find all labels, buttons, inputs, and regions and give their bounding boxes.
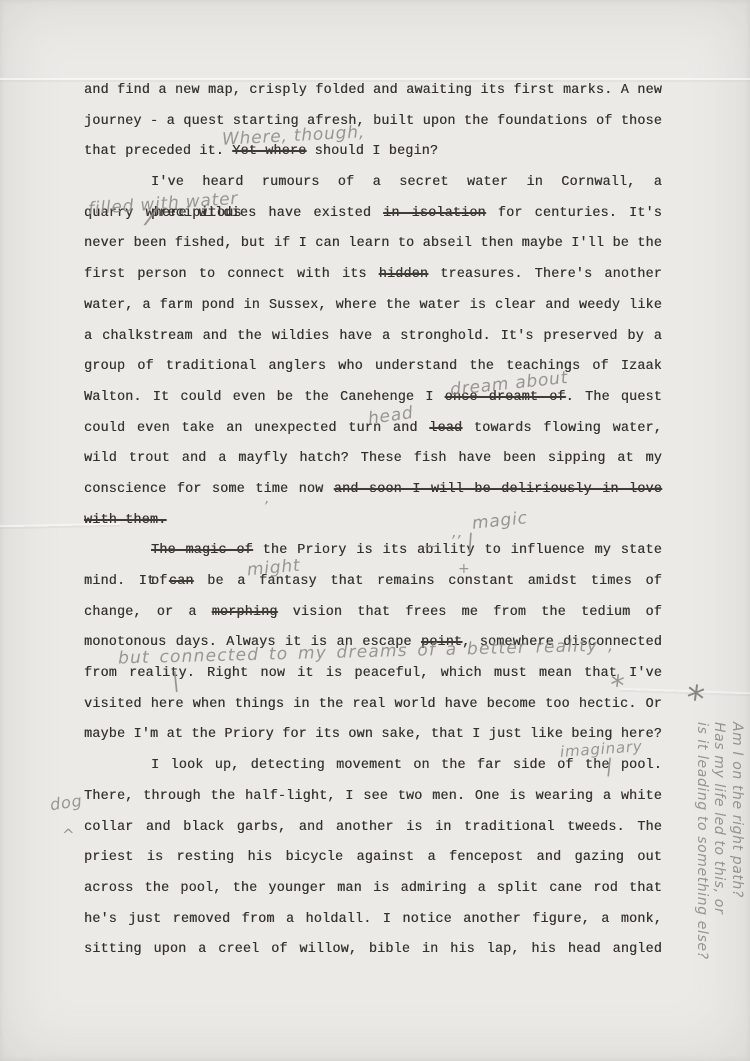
typed-line: collar and black garbs, and another is i… xyxy=(84,813,662,844)
struck-text: point xyxy=(421,635,462,650)
struck-text: hidden xyxy=(379,267,428,282)
margin-note: Am I on the right path?Has my life led t… xyxy=(693,722,746,980)
typed-line: and find a new map, crisply folded and a… xyxy=(84,76,662,107)
typed-text: maybe I'm at the Priory for its own sake… xyxy=(84,727,662,742)
typed-text: I look up, detecting movement on the far… xyxy=(151,758,662,773)
struck-text: lead xyxy=(429,421,462,436)
typed-line: never been fished, but if I can learn to… xyxy=(84,229,662,260)
typed-text: group of traditional anglers who underst… xyxy=(84,359,662,374)
typed-text: water, a farm pond in Sussex, where the … xyxy=(84,298,662,313)
typed-text: vision that frees me from the tedium of xyxy=(278,605,662,620)
typed-text: monotonous days. Always it is an escape xyxy=(84,635,421,650)
struck-text: morphing xyxy=(212,605,278,620)
typed-text: mind. It xyxy=(84,574,169,589)
typed-text: Walton. It could even be the Canehenge I xyxy=(84,390,445,405)
struck-text: and soon I will be deliriously in love xyxy=(334,482,662,497)
annotation-insert-dog: dog xyxy=(49,793,83,813)
typed-line: first person to connect with its hidden … xyxy=(84,260,662,291)
typed-text: priest is resting his bicycle against a … xyxy=(84,850,662,865)
typed-line: wild trout and a mayfly hatch? These fis… xyxy=(84,444,662,475)
struck-text: once dreamt of xyxy=(445,390,566,405)
typed-text: first person to connect with its xyxy=(84,267,379,282)
typed-text: towards flowing water, xyxy=(462,421,662,436)
typed-text: treasures. There's another xyxy=(428,267,662,282)
typed-line: across the pool, the younger man is admi… xyxy=(84,874,662,905)
typed-line: sitting upon a creel of willow, bible in… xyxy=(84,935,662,966)
typed-text: collar and black garbs, and another is i… xyxy=(84,820,662,835)
typed-line: with them. xyxy=(84,506,662,537)
typed-line: There, through the half-light, I see two… xyxy=(84,782,662,813)
margin-note-line: Am I on the right path? xyxy=(728,722,746,980)
typed-text: across the pool, the younger man is admi… xyxy=(84,881,662,896)
typed-text: should I begin? xyxy=(306,144,438,159)
typed-text: conscience for some time now xyxy=(84,482,334,497)
typed-text: be a fantasy that remains constant amids… xyxy=(194,574,662,589)
typed-text: change, or a xyxy=(84,605,212,620)
typed-line: he's just removed from a holdall. I noti… xyxy=(84,905,662,936)
typed-line: that preceded it. Yet where should I beg… xyxy=(84,137,662,168)
typed-line: Walton. It could even be the Canehenge I… xyxy=(84,383,662,414)
typed-text: There, through the half-light, I see two… xyxy=(84,789,662,804)
manuscript-page: and find a new map, crisply folded and a… xyxy=(0,0,750,1061)
typed-line: change, or a morphing vision that frees … xyxy=(84,598,662,629)
typed-line: conscience for some time now and soon I … xyxy=(84,475,662,506)
typed-text: and find a new map, crisply folded and a… xyxy=(84,83,662,98)
typed-line: The magic of the Priory is its ability t… xyxy=(84,536,662,567)
typed-line: group of traditional anglers who underst… xyxy=(84,352,662,383)
typed-text: wild trout and a mayfly hatch? These fis… xyxy=(84,451,662,466)
typed-line: mind. It can be a fantasy that remains c… xyxy=(84,567,662,598)
typed-line: journey - a quest starting afresh, built… xyxy=(84,107,662,138)
margin-note-line: is it leading to something else? xyxy=(693,722,711,980)
typed-text: he's just removed from a holdall. I noti… xyxy=(84,912,662,927)
typed-line: visited here when things in the real wor… xyxy=(84,690,662,721)
typed-text: journey - a quest starting afresh, built… xyxy=(84,114,662,129)
struck-text: in isolation xyxy=(383,206,486,221)
typed-line: could even take an unexpected turn and l… xyxy=(84,414,662,445)
typed-line: a chalkstream and the wildies have a str… xyxy=(84,322,662,353)
typed-text: never been fished, but if I can learn to… xyxy=(84,236,662,251)
typed-text: from reality. Right now it is peaceful, … xyxy=(84,666,662,681)
typed-line: quarry where wildies have existed in iso… xyxy=(84,199,662,230)
typed-line: from reality. Right now it is peaceful, … xyxy=(84,659,662,690)
typed-line: maybe I'm at the Priory for its own sake… xyxy=(84,720,662,751)
typed-line: priest is resting his bicycle against a … xyxy=(84,843,662,874)
typed-line: I've heard rumours of a secret water in … xyxy=(84,168,662,199)
typed-text: sitting upon a creel of willow, bible in… xyxy=(84,942,662,957)
typed-text: could even take an unexpected turn and xyxy=(84,421,429,436)
margin-note-line: Has my life led to this, or xyxy=(710,722,728,980)
typed-text: a chalkstream and the wildies have a str… xyxy=(84,329,662,344)
typed-line: water, a farm pond in Sussex, where the … xyxy=(84,291,662,322)
typed-line: I look up, detecting movement on the far… xyxy=(84,751,662,782)
typed-text: quarry where wildies have existed xyxy=(84,206,383,221)
typed-line: monotonous days. Always it is an escape … xyxy=(84,628,662,659)
annotation-caret-dog: ^ xyxy=(62,828,75,843)
margin-note-asterisk-icon: * xyxy=(684,681,707,719)
typed-text: that preceded it. xyxy=(84,144,232,159)
struck-text: can xyxy=(169,574,194,589)
struck-text: The magic of xyxy=(151,543,253,558)
struck-text: Yet where xyxy=(232,144,306,159)
typed-text-block: and find a new map, crisply folded and a… xyxy=(84,76,662,966)
typed-text: , somewhere disconnected xyxy=(462,635,662,650)
struck-text: with them. xyxy=(84,513,166,528)
typed-text: for centuries. It's xyxy=(486,206,662,221)
typed-text: visited here when things in the real wor… xyxy=(84,697,662,712)
typed-text: . The quest xyxy=(566,390,662,405)
